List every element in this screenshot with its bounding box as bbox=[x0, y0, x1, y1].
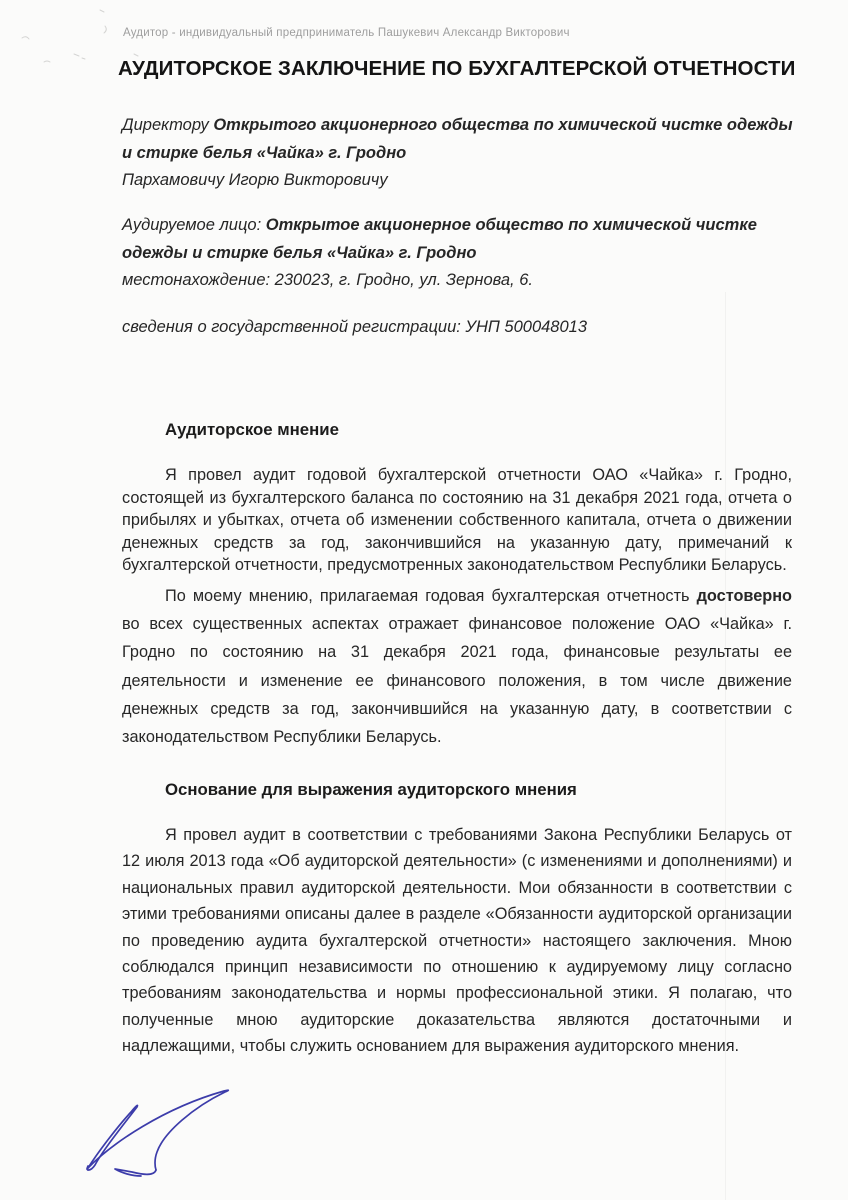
opinion-p2-pre: По моему мнению, прилагаемая годовая бух… bbox=[165, 587, 697, 605]
auditor-header-note: Аудитор - индивидуальный предприниматель… bbox=[123, 27, 570, 39]
addressee-lines: Директору Открытого акционерного обществ… bbox=[122, 112, 794, 167]
auditee-location: местонахождение: 230023, г. Гродно, ул. … bbox=[122, 267, 794, 295]
opinion-p2-post: во всех существенных аспектах отражает ф… bbox=[122, 615, 792, 746]
opinion-section-heading: Аудиторское мнение bbox=[165, 420, 339, 440]
basis-paragraph-1: Я провел аудит в соответствии с требован… bbox=[122, 822, 792, 1060]
opinion-p2-bold-word: достоверно bbox=[697, 587, 792, 605]
document-title: АУДИТОРСКОЕ ЗАКЛЮЧЕНИЕ ПО БУХГАЛТЕРСКОЙ … bbox=[118, 57, 794, 81]
signature-strokes bbox=[87, 1090, 228, 1176]
auditee-block: Аудируемое лицо: Открытое акционерное об… bbox=[122, 212, 794, 295]
addressee-block: Директору Открытого акционерного обществ… bbox=[122, 112, 794, 195]
signature-mark bbox=[72, 1080, 247, 1190]
addressee-role: Директору bbox=[122, 116, 213, 134]
auditee-registration: сведения о государственной регистрации: … bbox=[122, 314, 794, 342]
auditee-label: Аудируемое лицо: bbox=[122, 216, 266, 234]
addressee-person: Пархамовичу Игорю Викторовичу bbox=[122, 167, 794, 195]
opinion-paragraph-1: Я провел аудит годовой бухгалтерской отч… bbox=[122, 464, 792, 577]
scanned-audit-report-page: Аудитор - индивидуальный предприниматель… bbox=[0, 0, 848, 1200]
auditee-lines: Аудируемое лицо: Открытое акционерное об… bbox=[122, 212, 794, 267]
basis-section-heading: Основание для выражения аудиторского мне… bbox=[165, 780, 577, 800]
addressee-company: Открытого акционерного общества по химич… bbox=[122, 116, 793, 162]
opinion-paragraph-2: По моему мнению, прилагаемая годовая бух… bbox=[122, 582, 792, 751]
